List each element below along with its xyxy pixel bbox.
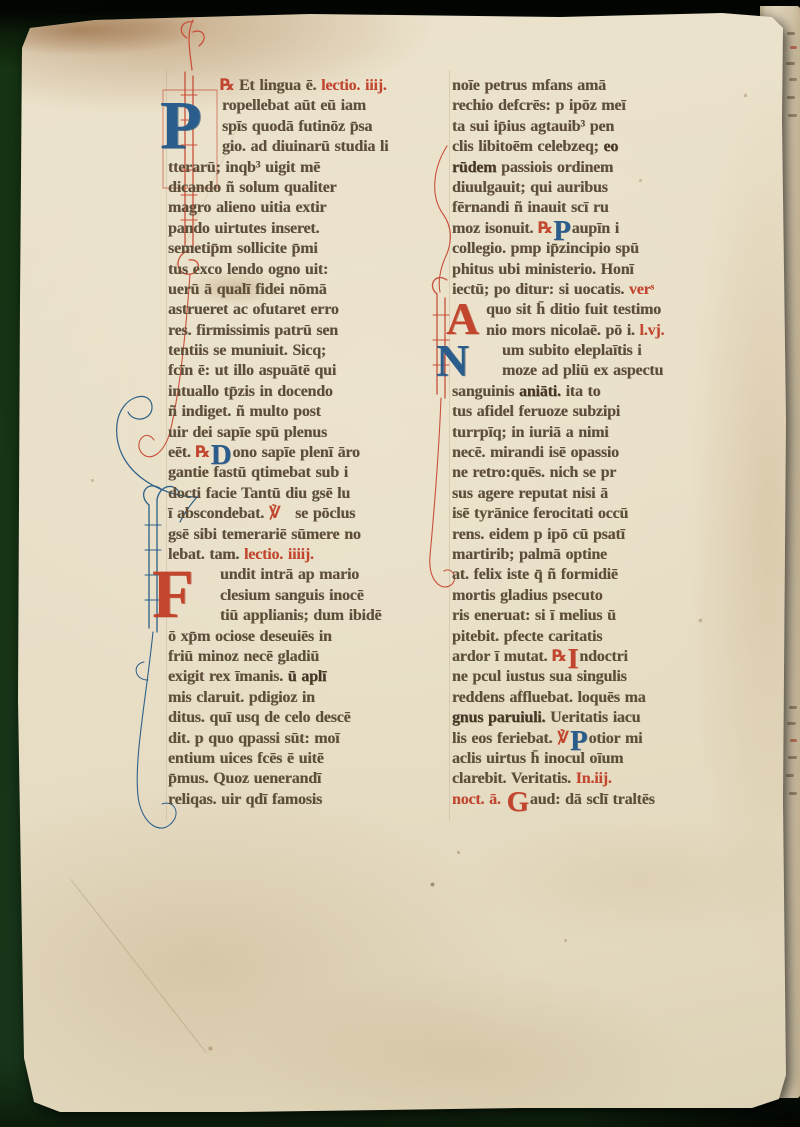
body-text: reliqas. uir qdī famosis [168, 791, 322, 808]
text-line: spīs quodā futinōz p̄sa [168, 117, 456, 137]
body-text: mortis gladius psecuto [452, 587, 603, 604]
text-line: uerū ā qualī fidei nōmā [168, 280, 456, 300]
illuminated-initial-F: F [152, 560, 194, 629]
body-text: turrpīq; in iuriā a nimi [452, 424, 609, 441]
body-text: fcīn ē: ut illo aspuātē qui [168, 362, 336, 379]
text-line: mis claruit. pdigioz in [168, 688, 456, 708]
body-text: aclis uirtus h̄ inocul oīum [452, 750, 623, 767]
text-line: gio. ad diuinarū studia li [168, 137, 456, 157]
body-text: entium uices fcēs ē uitē [168, 750, 324, 767]
body-text: tus exco lendo ogno uit: [168, 261, 328, 278]
rubric-text: verˢ [629, 281, 654, 298]
body-text: eo [599, 138, 619, 155]
text-line: magro alieno uitia extir [168, 198, 456, 218]
body-text: uir dei sapīe spū plenus [168, 424, 327, 441]
text-line: lis eos feriebat. ℣Potior mi [452, 729, 758, 749]
text-line: iectū; po ditur: si uocatis. verˢ [452, 280, 758, 300]
text-line: undit intrā ap mario [168, 565, 456, 585]
body-text: phitus ubi ministerio. Honī [452, 261, 634, 278]
text-line: mortis gladius psecuto [452, 586, 758, 606]
text-line: gnus paruiuli. Ueritatis iacu [452, 708, 758, 728]
text-line: gantie fastū qtimebat sub i [168, 463, 456, 483]
text-line: moze ad pliū ex aspectu [452, 361, 758, 381]
body-text: necē. mirandi isē opassio [452, 444, 619, 461]
rubric-text: lectio. iiiij. [244, 546, 314, 563]
manuscript-page: ℞ Et lingua ē. lectio. iiij.ropellebat … [0, 0, 800, 1127]
body-text: undit intrā ap mario [220, 566, 359, 583]
photo-background: ℞ Et lingua ē. lectio. iiij.ropellebat … [0, 0, 800, 1127]
body-text: semetip̄m sollicite p̄mi [168, 240, 318, 257]
body-text: ī abscondebat. [168, 505, 269, 522]
body-text: gio. ad diuinarū studia li [222, 138, 388, 155]
body-text: sus agere reputat nisi ā [452, 485, 608, 502]
text-line: turrpīq; in iuriā a nimi [452, 423, 758, 443]
text-line: fērnandi ñ inauit scī ru [452, 198, 758, 218]
text-line: res. firmissimis patrū sen [168, 321, 456, 341]
text-line: dit. p quo qpassi sūt: moī [168, 729, 456, 749]
rubric-text: ℞ [220, 77, 239, 94]
text-line: dicando ñ solum qualiter [168, 178, 456, 198]
text-line: rechio defcrēs: p ipōz meī [452, 96, 758, 116]
text-line: semetip̄m sollicite p̄mi [168, 239, 456, 259]
body-text: ndoctri [579, 648, 627, 665]
body-text: ta sui ip̄ius agtauib³ pen [452, 118, 614, 135]
body-text: collegio. pmp ip̄zincipio spū [452, 240, 639, 257]
body-text: moz isonuit. [452, 220, 538, 237]
body-text: ono sapīe plenī āro [232, 444, 359, 461]
text-line: ō xp̄m ociose deseuiēs in [168, 627, 456, 647]
text-line: clis libitoēm celebzeq; eo [452, 137, 758, 157]
rubric-text: ℞ [552, 648, 566, 665]
body-text: reddens affluebat. loquēs ma [452, 689, 646, 706]
body-text: tiū applianis; dum ibidē [220, 607, 381, 624]
body-text: eēt. [168, 444, 196, 461]
body-text: ne pcul iustus sua singulis [452, 668, 627, 685]
text-line: ditus. quī usq de celo descē [168, 708, 456, 728]
body-text: otior mi [589, 730, 643, 747]
body-text: clis libitoēm celebzeq; [452, 138, 599, 155]
body-text: uerū ā qualī fidei nōmā [168, 281, 327, 298]
body-text: isē tyrānice ferocitati occū [452, 505, 628, 522]
text-line: sus agere reputat nisi ā [452, 484, 758, 504]
text-line: sanguinis aniāti. ita to [452, 382, 758, 402]
body-text: gantie fastū qtimebat sub i [168, 464, 348, 481]
rubric-text: ℣ [557, 730, 569, 747]
text-line: phitus ubi ministerio. Honī [452, 260, 758, 280]
text-line: quo sit h̄ ditio fuit testimo [452, 300, 758, 320]
rubric-text: lectio. iiij. [321, 77, 387, 94]
text-line: docti facie Tantū diu gsē lu [168, 484, 456, 504]
body-text: ne retro:quēs. nich se pr [452, 464, 616, 481]
text-line: moz isonuit. ℞Paupīn i [452, 219, 758, 239]
body-text: docti facie Tantū diu gsē lu [168, 485, 350, 502]
text-column-right: noīe petrus mfans amārechio defcrēs: p… [452, 76, 758, 810]
parchment-crease [70, 879, 207, 1054]
body-text: aupīn i [572, 220, 619, 237]
body-text: rūdem [452, 159, 496, 176]
body-text: at. felix iste q̄ ñ formidiē [452, 566, 618, 583]
rubric-text: l.vj. [640, 322, 665, 339]
rubric-text: noct. ā. [452, 791, 506, 808]
ruling-line [166, 70, 167, 820]
rubric-text: In.iij. [576, 770, 612, 787]
text-line: fcīn ē: ut illo aspuātē qui [168, 361, 456, 381]
body-text: friū minoz necē gladiū [168, 648, 319, 665]
text-line: intuallo tp̄zis in docendo [168, 382, 456, 402]
body-text: dit. p quo qpassi sūt: moī [168, 730, 339, 747]
body-text: ū aplī [283, 668, 326, 685]
body-text: ardor ī mutat. [452, 648, 552, 665]
body-text: ita to [561, 383, 601, 400]
text-line: ñ indiget. ñ multo post [168, 402, 456, 422]
text-line: lebat. tam. lectio. iiiij. [168, 545, 456, 565]
text-line: eēt. ℞Dono sapīe plenī āro [168, 443, 456, 463]
body-text: Et lingua ē. [239, 77, 321, 94]
text-line: ropellebat aūt eū iam [168, 96, 456, 116]
text-line: um subito eleplaītis i [452, 341, 758, 361]
body-text: dicando ñ solum qualiter [168, 179, 336, 196]
ink-speckles [0, 0, 1, 1]
body-text: ditus. quī usq de celo descē [168, 709, 351, 726]
text-line: martirib; palmā optine [452, 545, 758, 565]
text-line: aclis uirtus h̄ inocul oīum [452, 749, 758, 769]
text-line: tiū applianis; dum ibidē [168, 606, 456, 626]
text-line: exigit rex īmanis. ū aplī [168, 667, 456, 687]
text-line: noct. ā. Gaud: dā sclī traltēs [452, 790, 758, 810]
illuminated-initial-N: N [436, 338, 469, 384]
text-line: diuulgauit; qui auribus [452, 178, 758, 198]
body-text: astrueret ac ofutaret erro [168, 301, 339, 318]
body-text: aniāti. [519, 383, 561, 400]
text-line: friū minoz necē gladiū [168, 647, 456, 667]
text-line: rūdem passiois ordinem [452, 158, 758, 178]
text-column-left: ℞ Et lingua ē. lectio. iiij.ropellebat … [168, 76, 456, 810]
text-line: tentiis se muniuit. Sicq; [168, 341, 456, 361]
text-line: ne pcul iustus sua singulis [452, 667, 758, 687]
body-text: fērnandi ñ inauit scī ru [452, 199, 609, 216]
rubric-text: ℞ [196, 444, 210, 461]
rubric-text: ℣ [269, 505, 281, 522]
text-line: ī abscondebat. ℣ se pōclus [168, 504, 456, 524]
body-text: quo sit h̄ ditio fuit testimo [486, 301, 661, 318]
text-line: collegio. pmp ip̄zincipio spū [452, 239, 758, 259]
body-text: mis claruit. pdigioz in [168, 689, 315, 706]
text-line: ne retro:quēs. nich se pr [452, 463, 758, 483]
text-line: ardor ī mutat. ℞Indoctri [452, 647, 758, 667]
text-line: rens. eidem p ipō cū psatī [452, 525, 758, 545]
rubric-text: ℞ [538, 220, 552, 237]
body-text: ñ indiget. ñ multo post [168, 403, 321, 420]
text-line: ℞ Et lingua ē. lectio. iiij. [168, 76, 456, 96]
body-text: p̄mus. Quoz uenerandī [168, 770, 321, 787]
body-text: ris eneruat: si ī melius ū [452, 607, 616, 624]
body-text: nio mors nicolaē. pō i. [486, 322, 640, 339]
text-line: at. felix iste q̄ ñ formidiē [452, 565, 758, 585]
body-text: res. firmissimis patrū sen [168, 322, 338, 339]
body-text: passiois ordinem [496, 159, 613, 176]
body-text: intuallo tp̄zis in docendo [168, 383, 333, 400]
text-line: necē. mirandi isē opassio [452, 443, 758, 463]
text-line: gsē sibi temerariē sūmere no [168, 525, 456, 545]
text-line: tterarū; inqb³ uigit mē [168, 158, 456, 178]
body-text: lis eos feriebat. [452, 730, 557, 747]
body-text: um subito eleplaītis i [502, 342, 642, 359]
body-text: clarebit. Veritatis. [452, 770, 576, 787]
body-text: gsē sibi temerariē sūmere no [168, 526, 361, 543]
text-line: tus exco lendo ogno uit: [168, 260, 456, 280]
text-line: ta sui ip̄ius agtauib³ pen [452, 117, 758, 137]
text-line: clesium sanguis inocē [168, 586, 456, 606]
body-text: pando uirtutes inseret. [168, 220, 319, 237]
text-line: isē tyrānice ferocitati occū [452, 504, 758, 524]
manuscript-page-wrap: ℞ Et lingua ē. lectio. iiij.ropellebat … [0, 0, 800, 1127]
text-line: astrueret ac ofutaret erro [168, 300, 456, 320]
body-text: magro alieno uitia extir [168, 199, 326, 216]
text-line: nio mors nicolaē. pō i. l.vj. [452, 321, 758, 341]
body-text: noīe petrus mfans amā [452, 77, 606, 94]
body-text: rens. eidem p ipō cū psatī [452, 526, 625, 543]
body-text: diuulgauit; qui auribus [452, 179, 608, 196]
body-text: Ueritatis iacu [545, 709, 640, 726]
illuminated-initial-P: P [160, 91, 202, 160]
text-line: entium uices fcēs ē uitē [168, 749, 456, 769]
text-line: pando uirtutes inseret. [168, 219, 456, 239]
body-text: exigit rex īmanis. [168, 668, 283, 685]
body-text: moze ad pliū ex aspectu [502, 362, 663, 379]
body-text: rechio defcrēs: p ipōz meī [452, 97, 626, 114]
body-text: spīs quodā futinōz p̄sa [222, 118, 372, 135]
body-text: martirib; palmā optine [452, 546, 607, 563]
body-text: aud: dā sclī traltēs [530, 791, 655, 808]
body-text: tus afidel feruoze subzipi [452, 403, 620, 420]
text-line: clarebit. Veritatis. In.iij. [452, 769, 758, 789]
body-text: pitebit. pfecte caritatis [452, 628, 602, 645]
text-line: tus afidel feruoze subzipi [452, 402, 758, 422]
body-text: gnus paruiuli. [452, 709, 545, 726]
text-line: p̄mus. Quoz uenerandī [168, 769, 456, 789]
text-line: pitebit. pfecte caritatis [452, 627, 758, 647]
body-text: tentiis se muniuit. Sicq; [168, 342, 326, 359]
body-text: se pōclus [281, 505, 356, 522]
body-text: ropellebat aūt eū iam [222, 97, 366, 114]
text-line: reliqas. uir qdī famosis [168, 790, 456, 810]
text-line: reddens affluebat. loquēs ma [452, 688, 758, 708]
body-text: clesium sanguis inocē [220, 587, 364, 604]
text-line: noīe petrus mfans amā [452, 76, 758, 96]
text-line: ris eneruat: si ī melius ū [452, 606, 758, 626]
